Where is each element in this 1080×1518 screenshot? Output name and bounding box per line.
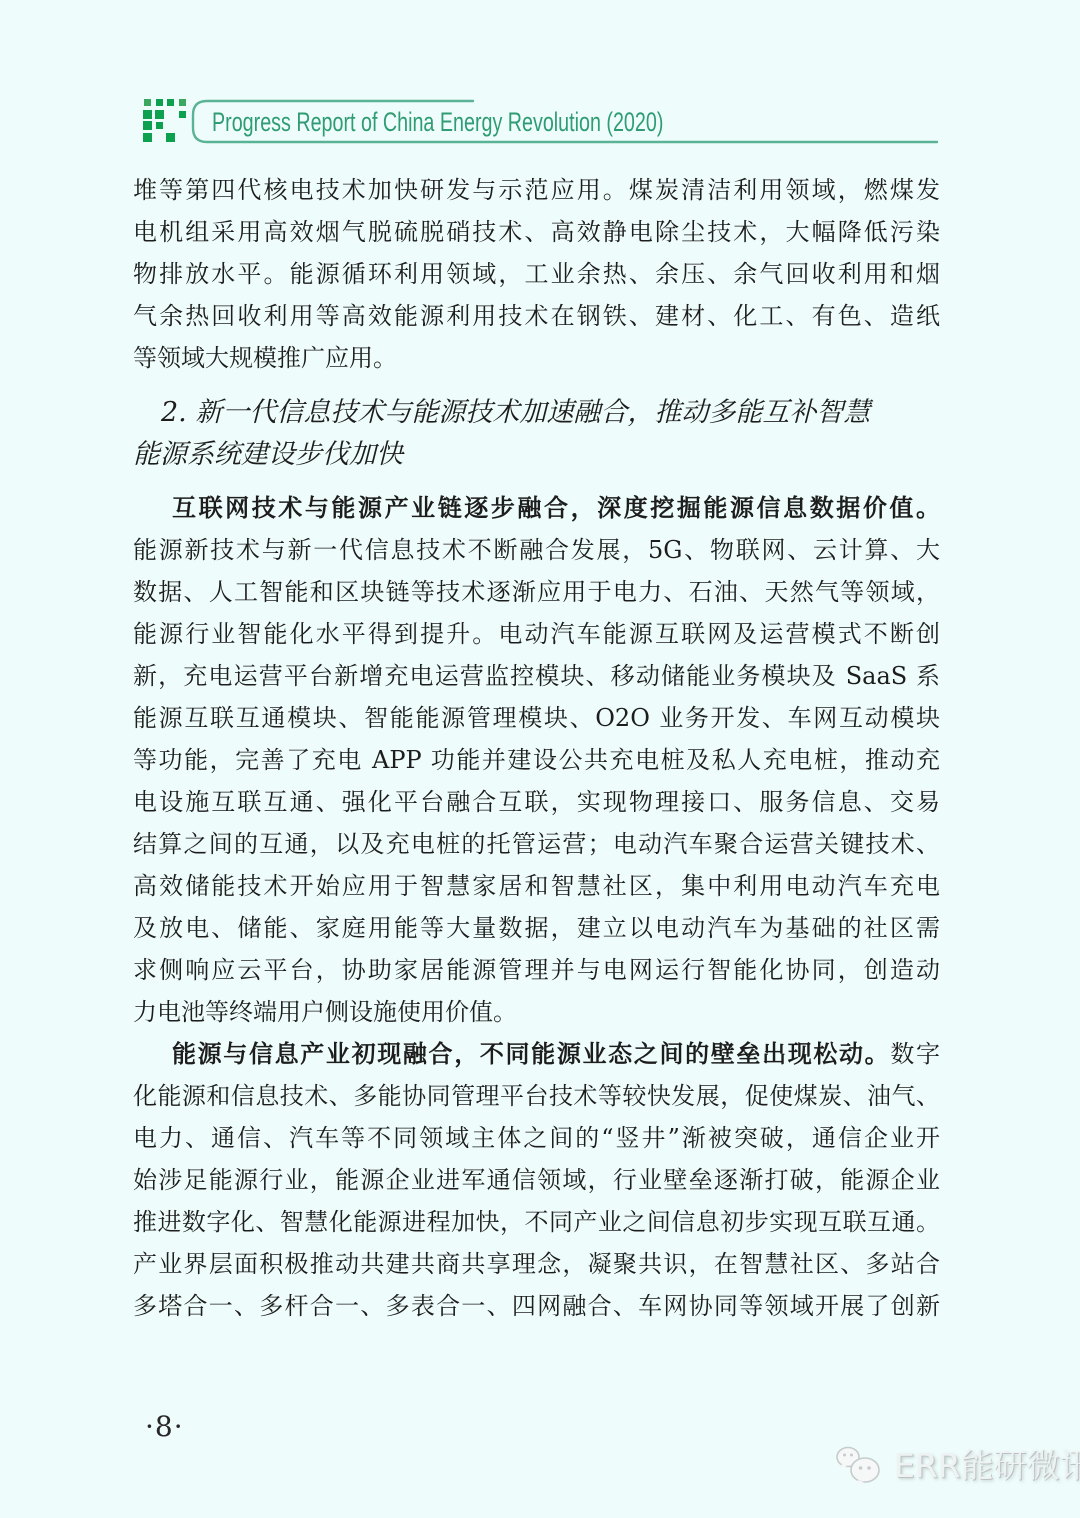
text-line: 堆等第四代核电技术加快研发与示范应用。煤炭清洁利用领域，燃煤发 bbox=[133, 169, 940, 211]
section-heading: 2. 新一代信息技术与能源技术加速融合，推动多能互补智慧能源系统建设步伐加快 bbox=[133, 392, 940, 476]
text-run: 求侧响应云平台，协助家居能源管理并与电网运行智能化协同，创造动 bbox=[133, 956, 940, 984]
text-run: 化能源和信息技术、多能协同管理平台技术等较快发展，促使煤炭、油气、 bbox=[133, 1082, 940, 1110]
text-line: 电设施互联互通、强化平台融合互联，实现物理接口、服务信息、交易 bbox=[133, 781, 940, 823]
text-line: 电机组采用高效烟气脱硫脱硝技术、高效静电除尘技术，大幅降低污染 bbox=[133, 211, 940, 253]
document-page: Progress Report of China Energy Revoluti… bbox=[0, 0, 1080, 1518]
text-line: 等领域大规模推广应用。 bbox=[133, 337, 940, 379]
text-line: 能源行业智能化水平得到提升。电动汽车能源互联网及运营模式不断创 bbox=[133, 613, 940, 655]
text-line: 能源新技术与新一代信息技术不断融合发展，5G、物联网、云计算、大 bbox=[133, 529, 940, 571]
text-line: 化能源和信息技术、多能协同管理平台技术等较快发展，促使煤炭、油气、 bbox=[133, 1075, 940, 1117]
text-run: 能源互联互通模块、智能能源管理模块、O2O 业务开发、车网互动模块 bbox=[133, 704, 940, 732]
bold-text-run: 互联网技术与能源产业链逐步融合，深度挖掘能源信息数据价值。 bbox=[172, 493, 940, 522]
text-run: 产业界层面积极推动共建共商共享理念，凝聚共识，在智慧社区、多站合一、 bbox=[133, 1250, 940, 1285]
watermark-label: ERR能研微讯 bbox=[894, 1444, 1080, 1488]
text-line: 高效储能技术开始应用于智慧家居和智慧社区，集中利用电动汽车充电 bbox=[133, 865, 940, 907]
text-run: 力电池等终端用户侧设施使用价值。 bbox=[133, 998, 517, 1026]
logo-pixel bbox=[156, 122, 163, 129]
text-run: 始涉足能源行业，能源企业进军通信领域，行业壁垒逐渐打破，能源企业 bbox=[133, 1166, 940, 1194]
text-line: 求侧响应云平台，协助家居能源管理并与电网运行智能化协同，创造动 bbox=[133, 949, 940, 991]
text-run: 堆等第四代核电技术加快研发与示范应用。煤炭清洁利用领域，燃煤发 bbox=[133, 176, 940, 204]
text-line: 物排放水平。能源循环利用领域，工业余热、余压、余气回收利用和烟 bbox=[133, 253, 940, 295]
logo-pixel bbox=[143, 110, 152, 119]
logo-pixel bbox=[179, 111, 186, 118]
text-run: 物排放水平。能源循环利用领域，工业余热、余压、余气回收利用和烟 bbox=[133, 260, 940, 288]
text-area: 堆等第四代核电技术加快研发与示范应用。煤炭清洁利用领域，燃煤发电机组采用高效烟气… bbox=[133, 169, 940, 1327]
text-run: 新，充电运营平台新增充电运营监控模块、移动储能业务模块及 SaaS 系统、 bbox=[133, 662, 940, 697]
text-line: 数据、人工智能和区块链等技术逐渐应用于电力、石油、天然气等领域， bbox=[133, 571, 940, 613]
text-line: 等功能，完善了充电 APP 功能并建设公共充电桩及私人充电桩，推动充 bbox=[133, 739, 940, 781]
text-run: 能源新技术与新一代信息技术不断融合发展，5G、物联网、云计算、大 bbox=[133, 536, 940, 564]
text-line: 力电池等终端用户侧设施使用价值。 bbox=[133, 991, 940, 1033]
publisher-logo-icon bbox=[143, 98, 189, 144]
text-line: 能源互联互通模块、智能能源管理模块、O2O 业务开发、车网互动模块 bbox=[133, 697, 940, 739]
logo-pixel bbox=[156, 99, 163, 106]
paragraph: 互联网技术与能源产业链逐步融合，深度挖掘能源信息数据价值。能源新技术与新一代信息… bbox=[133, 487, 940, 1033]
text-line: 结算之间的互通，以及充电桩的托管运营；电动汽车聚合运营关键技术、 bbox=[133, 823, 940, 865]
logo-pixel bbox=[166, 133, 175, 142]
report-title: Progress Report of China Energy Revoluti… bbox=[212, 102, 663, 142]
text-run: 高效储能技术开始应用于智慧家居和智慧社区，集中利用电动汽车充电 bbox=[133, 872, 940, 900]
logo-pixel bbox=[167, 99, 174, 106]
text-line: 产业界层面积极推动共建共商共享理念，凝聚共识，在智慧社区、多站合一、 bbox=[133, 1243, 940, 1285]
paragraph: 能源与信息产业初现融合，不同能源业态之间的壁垒出现松动。数字化能源和信息技术、多… bbox=[133, 1033, 940, 1327]
text-run: 能源系统建设步伐加快 bbox=[133, 439, 403, 470]
text-run: 及放电、储能、家庭用能等大量数据，建立以电动汽车为基础的社区需 bbox=[133, 914, 940, 942]
text-run: 能源行业智能化水平得到提升。电动汽车能源互联网及运营模式不断创 bbox=[133, 620, 940, 648]
text-run: 2. 新一代信息技术与能源技术加速融合，推动多能互补智慧 bbox=[161, 397, 870, 428]
text-line: 互联网技术与能源产业链逐步融合，深度挖掘能源信息数据价值。 bbox=[133, 487, 940, 529]
text-line: 新，充电运营平台新增充电运营监控模块、移动储能业务模块及 SaaS 系统、 bbox=[133, 655, 940, 697]
text-run: 电力、通信、汽车等不同领域主体之间的“竖井”渐被突破，通信企业开 bbox=[133, 1124, 940, 1152]
paragraph: 堆等第四代核电技术加快研发与示范应用。煤炭清洁利用领域，燃煤发电机组采用高效烟气… bbox=[133, 169, 940, 379]
text-run: 多塔合一、多杆合一、多表合一、四网融合、车网协同等领域开展了创新 bbox=[133, 1292, 940, 1320]
text-run: 推进数字化、智慧化能源进程加快，不同产业之间信息初步实现互联互通。 bbox=[133, 1208, 940, 1236]
text-run: 气余热回收利用等高效能源利用技术在钢铁、建材、化工、有色、造纸 bbox=[133, 302, 940, 330]
page-number: ·8· bbox=[145, 1410, 184, 1444]
text-run: 等功能，完善了充电 APP 功能并建设公共充电桩及私人充电桩，推动充 bbox=[133, 746, 940, 774]
wechat-icon bbox=[834, 1444, 886, 1488]
text-line: 及放电、储能、家庭用能等大量数据，建立以电动汽车为基础的社区需 bbox=[133, 907, 940, 949]
bold-text-run: 能源与信息产业初现融合，不同能源业态之间的壁垒出现松动。 bbox=[172, 1039, 890, 1068]
text-line: 2. 新一代信息技术与能源技术加速融合，推动多能互补智慧 bbox=[133, 392, 940, 434]
logo-pixel bbox=[179, 99, 186, 106]
text-run: 电设施互联互通、强化平台融合互联，实现物理接口、服务信息、交易 bbox=[133, 788, 940, 816]
text-run: 电机组采用高效烟气脱硫脱硝技术、高效静电除尘技术，大幅降低污染 bbox=[133, 218, 940, 246]
text-run: 等领域大规模推广应用。 bbox=[133, 344, 397, 372]
text-run: 数据、人工智能和区块链等技术逐渐应用于电力、石油、天然气等领域， bbox=[133, 578, 940, 606]
text-run: 数字 bbox=[890, 1040, 940, 1068]
logo-pixel bbox=[155, 110, 164, 119]
logo-pixel bbox=[143, 133, 152, 142]
text-line: 推进数字化、智慧化能源进程加快，不同产业之间信息初步实现互联互通。 bbox=[133, 1201, 940, 1243]
logo-pixel bbox=[144, 99, 151, 106]
text-line: 能源与信息产业初现融合，不同能源业态之间的壁垒出现松动。数字 bbox=[133, 1033, 940, 1075]
logo-pixel bbox=[143, 121, 152, 130]
text-line: 始涉足能源行业，能源企业进军通信领域，行业壁垒逐渐打破，能源企业 bbox=[133, 1159, 940, 1201]
watermark: ERR能研微讯 bbox=[834, 1444, 1080, 1488]
text-line: 气余热回收利用等高效能源利用技术在钢铁、建材、化工、有色、造纸 bbox=[133, 295, 940, 337]
text-run: 结算之间的互通，以及充电桩的托管运营；电动汽车聚合运营关键技术、 bbox=[133, 830, 940, 858]
text-line: 能源系统建设步伐加快 bbox=[133, 434, 940, 476]
text-line: 电力、通信、汽车等不同领域主体之间的“竖井”渐被突破，通信企业开 bbox=[133, 1117, 940, 1159]
text-line: 多塔合一、多杆合一、多表合一、四网融合、车网协同等领域开展了创新 bbox=[133, 1285, 940, 1327]
